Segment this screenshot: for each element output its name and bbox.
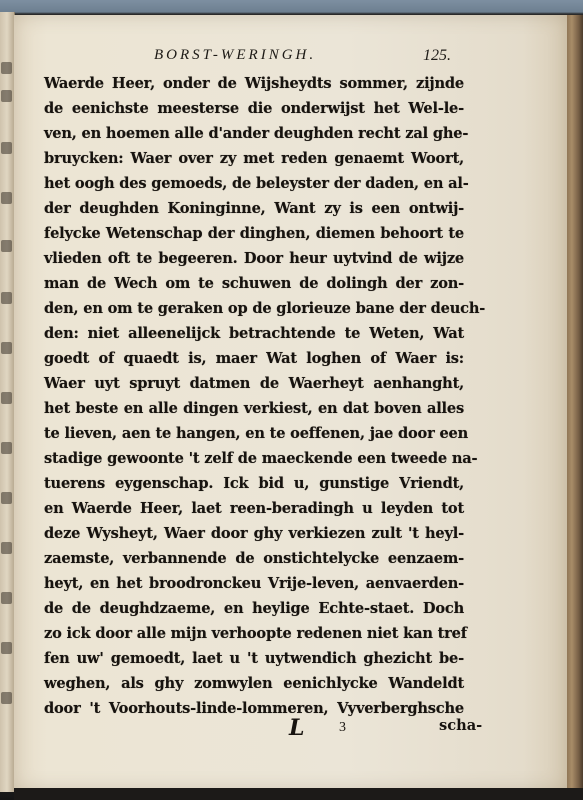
text-line: felycke Wetenschap der dinghen, diemen b… [44, 221, 464, 246]
text-line: man de Wech om te schuwen de dolingh der… [44, 271, 464, 296]
text-line: den: niet alleenelijck betrachtende te W… [44, 321, 464, 346]
text-line: tuerens eygenschap. Ick bid u, gunstige … [44, 471, 464, 496]
text-line: goedt of quaedt is, maer Wat loghen of W… [44, 346, 464, 371]
text-line: weghen, als ghy zomwylen eenichlycke Wan… [44, 671, 464, 696]
book-page: BORST-WERINGH. 125. Waerde Heer, onder d… [14, 15, 567, 790]
facing-page-text-fragment [1, 592, 12, 604]
text-line: Waer uyt spruyt datmen de Waerheyt aenha… [44, 371, 464, 396]
text-line: ven, en hoemen alle d'ander deughden rec… [44, 121, 464, 146]
facing-page-text-fragment [1, 642, 12, 654]
facing-page-text-fragment [1, 392, 12, 404]
facing-page-text-fragment [1, 90, 12, 102]
text-line: vlieden oft te begeeren. Door heur uytvi… [44, 246, 464, 271]
catchword: scha- [439, 717, 482, 734]
signature-mark: L [289, 715, 304, 741]
text-line: Waerde Heer, onder de Wijsheydts sommer,… [44, 71, 464, 96]
signature-number: 3 [339, 720, 346, 736]
facing-page-text-fragment [1, 342, 12, 354]
running-head: BORST-WERINGH. [154, 47, 316, 64]
text-line: de de deughdzaeme, en heylige Echte-stae… [44, 596, 464, 621]
text-line: deze Wysheyt, Waer door ghy verkiezen zu… [44, 521, 464, 546]
facing-page-text-fragment [1, 542, 12, 554]
text-line: te lieven, aen te hangen, en te oeffenen… [44, 421, 464, 446]
text-line: bruycken: Waer over zy met reden genaemt… [44, 146, 464, 171]
text-line: het beste en alle dingen verkiest, en da… [44, 396, 464, 421]
facing-page-text-fragment [1, 292, 12, 304]
text-line: de eenichste meesterse die onderwijst he… [44, 96, 464, 121]
text-line: fen uw' gemoedt, laet u 't uytwendich gh… [44, 646, 464, 671]
text-line: stadige gewoonte 't zelf de maeckende ee… [44, 446, 464, 471]
facing-page-text-fragment [1, 442, 12, 454]
facing-page-text-fragment [1, 692, 12, 704]
text-line: en Waerde Heer, laet reen-beradingh u le… [44, 496, 464, 521]
facing-page-text-fragment [1, 142, 12, 154]
text-line: der deughden Koninginne, Want zy is een … [44, 196, 464, 221]
text-line: zo ick door alle mijn verhoopte redenen … [44, 621, 464, 646]
facing-page-text-fragment [1, 62, 12, 74]
facing-page-edge [0, 12, 15, 792]
bottom-shadow [14, 788, 583, 800]
facing-page-text-fragment [1, 492, 12, 504]
facing-page-text-fragment [1, 192, 12, 204]
text-line: het oogh des gemoeds, de beleyster der d… [44, 171, 464, 196]
signature-line: L 3 scha- [44, 715, 464, 743]
page-block-edge [567, 15, 583, 790]
text-line: zaemste, verbannende de onstichtelycke e… [44, 546, 464, 571]
text-line: heyt, en het broodronckeu Vrije-leven, a… [44, 571, 464, 596]
page-number: 125. [423, 47, 451, 65]
body-text: Waerde Heer, onder de Wijsheydts sommer,… [44, 71, 464, 721]
text-line: den, en om te geraken op de glorieuze ba… [44, 296, 464, 321]
facing-page-text-fragment [1, 240, 12, 252]
